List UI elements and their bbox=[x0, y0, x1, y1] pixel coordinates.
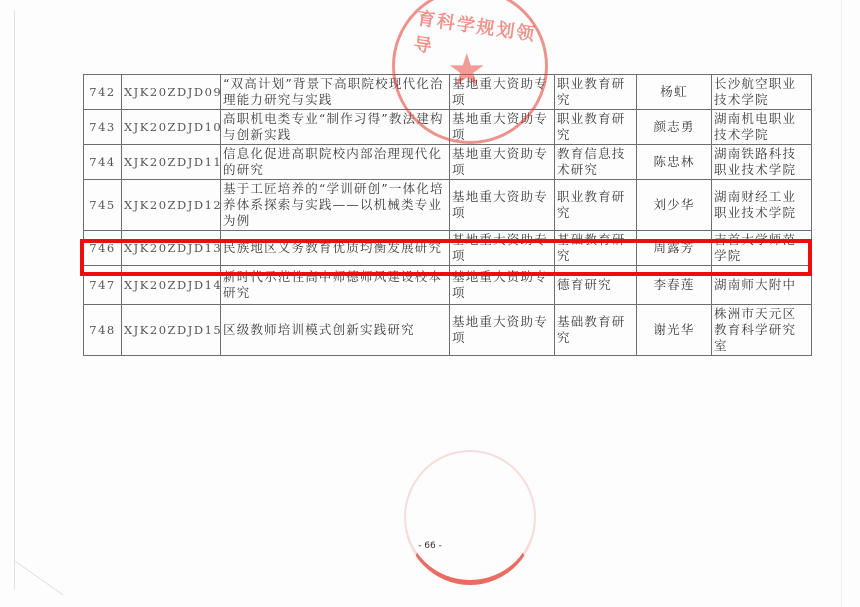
page-number: - 66 - bbox=[0, 541, 860, 551]
project-title: 区级教师培训模式创新实践研究 bbox=[221, 305, 450, 356]
project-title: 高职机电类专业“制作习得”教法建构与创新实践 bbox=[221, 110, 450, 145]
organization: 湖南师大附中 bbox=[712, 266, 812, 305]
project-title: 基于工匠培养的“学训研创”一体化培养体系探索与实践——以机械类专业为例 bbox=[221, 180, 450, 231]
project-code: XJK20ZDJD09 bbox=[122, 75, 221, 110]
project-title: 新时代示范性高中师德师风建设校本研究 bbox=[221, 266, 450, 305]
page-fold-mark bbox=[14, 560, 64, 595]
official-seal-faint bbox=[404, 450, 536, 585]
organization: 湖南财经工业职业技术学院 bbox=[712, 180, 812, 231]
seal-text: 育科学规划领导 bbox=[412, 4, 548, 74]
research-field: 教育信息技术研究 bbox=[555, 145, 637, 180]
project-type: 基地重大资助专项 bbox=[450, 75, 555, 110]
research-field: 职业教育研究 bbox=[555, 75, 637, 110]
project-title: 信息化促进高职院校内部治理现代化的研究 bbox=[221, 145, 450, 180]
row-number: 744 bbox=[84, 145, 122, 180]
project-leader: 李春莲 bbox=[637, 266, 712, 305]
project-type: 基地重大资助专项 bbox=[450, 231, 555, 266]
organization: 湖南铁路科技职业技术学院 bbox=[712, 145, 812, 180]
project-leader: 刘少华 bbox=[637, 180, 712, 231]
row-number: 748 bbox=[84, 305, 122, 356]
table-row: 743 XJK20ZDJD10 高职机电类专业“制作习得”教法建构与创新实践 基… bbox=[84, 110, 812, 145]
project-code: XJK20ZDJD14 bbox=[122, 266, 221, 305]
project-type: 基地重大资助专项 bbox=[450, 180, 555, 231]
project-type: 基地重大资助专项 bbox=[450, 266, 555, 305]
table-row: 744 XJK20ZDJD11 信息化促进高职院校内部治理现代化的研究 基地重大… bbox=[84, 145, 812, 180]
project-code: XJK20ZDJD13 bbox=[122, 231, 221, 266]
project-code: XJK20ZDJD10 bbox=[122, 110, 221, 145]
page-edge bbox=[14, 10, 15, 590]
row-number: 747 bbox=[84, 266, 122, 305]
organization: 湖南机电职业技术学院 bbox=[712, 110, 812, 145]
project-leader: 陈忠林 bbox=[637, 145, 712, 180]
research-field: 职业教育研究 bbox=[555, 110, 637, 145]
project-type: 基地重大资助专项 bbox=[450, 145, 555, 180]
page-edge bbox=[841, 0, 842, 607]
row-number: 745 bbox=[84, 180, 122, 231]
table-row: 746 XJK20ZDJD13 民族地区义务教育优质均衡发展研究 基地重大资助专… bbox=[84, 231, 812, 266]
row-number: 746 bbox=[84, 231, 122, 266]
project-type: 基地重大资助专项 bbox=[450, 110, 555, 145]
research-field: 职业教育研究 bbox=[555, 180, 637, 231]
table-row: 742 XJK20ZDJD09 “双高计划”背景下高职院校现代化治理能力研究与实… bbox=[84, 75, 812, 110]
organization: 株洲市天元区教育科学研究室 bbox=[712, 305, 812, 356]
row-number: 743 bbox=[84, 110, 122, 145]
project-leader: 颜志勇 bbox=[637, 110, 712, 145]
research-field: 基础教育研究 bbox=[555, 231, 637, 266]
project-leader: 杨虹 bbox=[637, 75, 712, 110]
project-code: XJK20ZDJD11 bbox=[122, 145, 221, 180]
project-title: “双高计划”背景下高职院校现代化治理能力研究与实践 bbox=[221, 75, 450, 110]
table-row: 745 XJK20ZDJD12 基于工匠培养的“学训研创”一体化培养体系探索与实… bbox=[84, 180, 812, 231]
project-title: 民族地区义务教育优质均衡发展研究 bbox=[221, 231, 450, 266]
organization: 吉首大学师范学院 bbox=[712, 231, 812, 266]
research-field: 基础教育研究 bbox=[555, 305, 637, 356]
table-row-highlighted: 747 XJK20ZDJD14 新时代示范性高中师德师风建设校本研究 基地重大资… bbox=[84, 266, 812, 305]
row-number: 742 bbox=[84, 75, 122, 110]
project-leader: 周露芳 bbox=[637, 231, 712, 266]
project-leader: 谢光华 bbox=[637, 305, 712, 356]
organization: 长沙航空职业技术学院 bbox=[712, 75, 812, 110]
project-type: 基地重大资助专项 bbox=[450, 305, 555, 356]
research-field: 德育研究 bbox=[555, 266, 637, 305]
table-row: 748 XJK20ZDJD15 区级教师培训模式创新实践研究 基地重大资助专项 … bbox=[84, 305, 812, 356]
project-code: XJK20ZDJD15 bbox=[122, 305, 221, 356]
project-code: XJK20ZDJD12 bbox=[122, 180, 221, 231]
project-roster-table: 742 XJK20ZDJD09 “双高计划”背景下高职院校现代化治理能力研究与实… bbox=[83, 74, 812, 356]
